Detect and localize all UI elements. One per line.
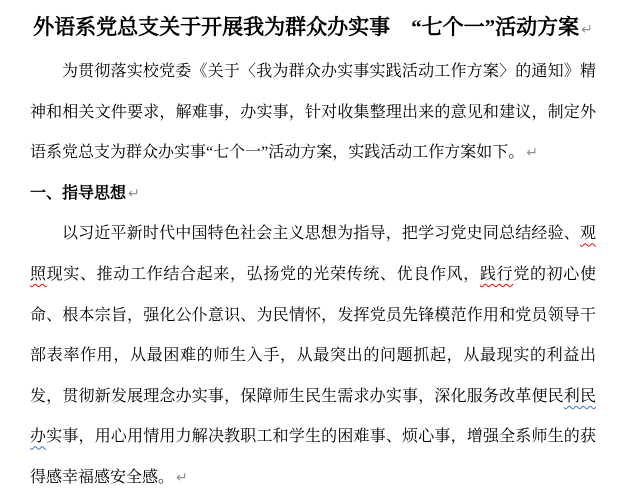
text-run: 实事，用心用情用力解决教职工和学生的困难事、烦心事，增强全系师生的获得感幸福感安… — [30, 428, 596, 486]
document-page[interactable]: 外语系党总支关于开展我为群众办实事 “七个一”活动方案↵为贯彻落实校党委《关于〈… — [0, 0, 596, 494]
paragraph-mark: ↵ — [126, 186, 140, 202]
section-heading[interactable]: 一、指导思想↵ — [30, 174, 596, 215]
paragraph-mark: ↵ — [174, 470, 188, 486]
text-run: 以习近平新时代中国特色社会主义思想为指导，把学习党史同总结经验、 — [62, 225, 580, 242]
paragraph-mark: ↵ — [579, 22, 593, 38]
spell-error-text: 践行 — [480, 266, 513, 283]
document-title[interactable]: 外语系党总支关于开展我为群众办实事 “七个一”活动方案↵ — [30, 5, 596, 52]
text-run: 党的初心使命、根本宗旨，强化公仆意识、为民情怀，发挥党员先锋模范作用和党员领导干… — [30, 266, 596, 405]
text-run: 为贯彻落实校党委《关于〈我为群众办实事实践活动工作方案〉的通知》精神和相关文件要… — [30, 63, 596, 161]
text-run: 外语系党总支关于开展我为群众办实事 “七个一”活动方案 — [33, 15, 579, 39]
document-body: 外语系党总支关于开展我为群众办实事 “七个一”活动方案↵为贯彻落实校党委《关于〈… — [30, 5, 596, 494]
body-paragraph[interactable]: 为贯彻落实校党委《关于〈我为群众办实事实践活动工作方案〉的通知》精神和相关文件要… — [30, 52, 596, 174]
text-run: 现实、推动工作结合起来，弘扬党的光荣传统、优良作风， — [47, 266, 480, 283]
body-paragraph[interactable]: 以习近平新时代中国特色社会主义思想为指导，把学习党史同总结经验、观照现实、推动工… — [30, 214, 596, 494]
paragraph-mark: ↵ — [524, 145, 538, 161]
text-run: 一、指导思想 — [30, 185, 126, 202]
